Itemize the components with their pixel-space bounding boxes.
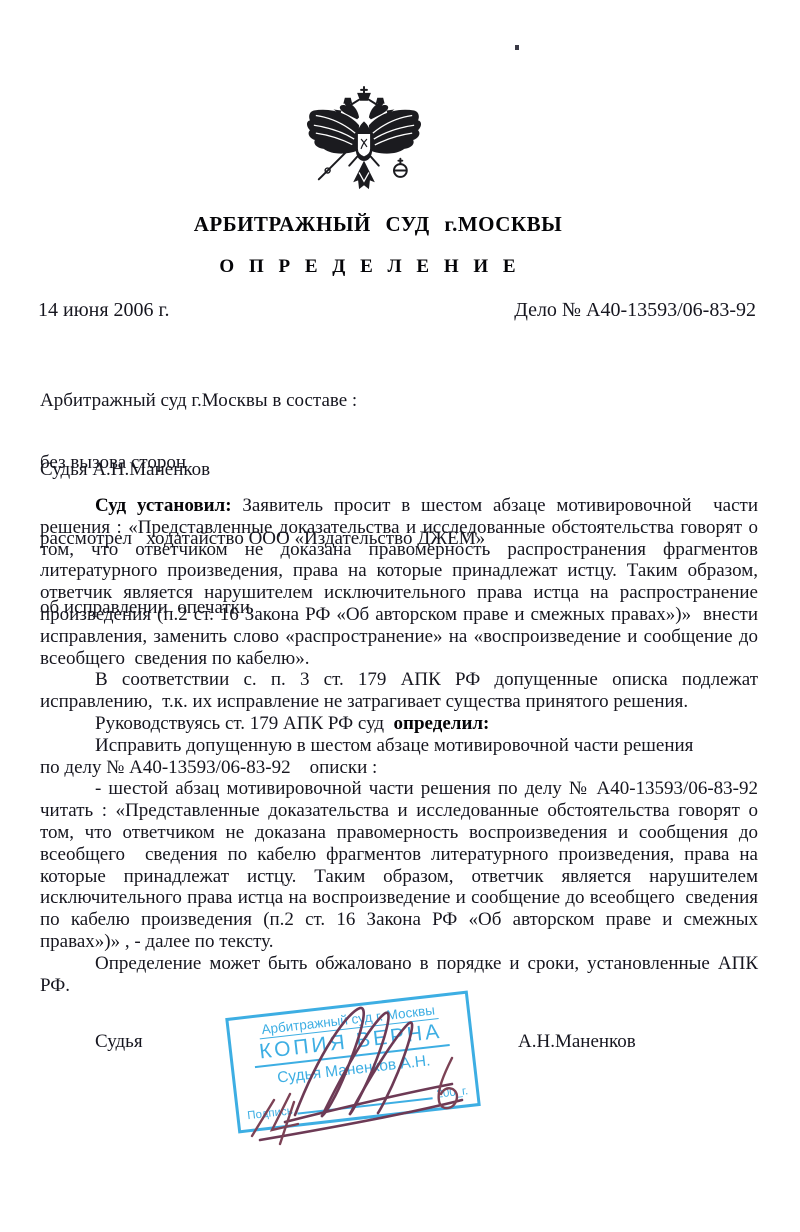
no-parties-line: без вызова сторон [40,452,186,474]
document-date: 14 июня 2006 г. [38,299,170,322]
paragraph-correction-line1: Исправить допущенную в шестом абзаце мот… [40,735,758,757]
paragraph-ruled: Руководствуясь ст. 179 АПК РФ суд опреде… [40,713,758,735]
document-type-title: О П Р Е Д Е Л Е Н И Е [0,256,740,278]
court-found-text: Заявитель просит в шестом абзаце мотивир… [40,495,763,669]
coat-of-arms-icon [301,84,427,200]
ruled-lead: определил: [394,713,490,734]
paragraph-apk-basis: В соответствии с. п. 3 ст. 179 АПК РФ до… [40,669,758,713]
scan-artifact-dot [515,45,519,50]
stamp-signature-label: Подпись [247,1105,294,1122]
paragraph-appeal-notice: Определение может быть обжаловано в поря… [40,953,758,997]
copy-verified-stamp: Арбитражный суд г. Москвы КОПИЯ ВЕРНА Су… [225,991,481,1134]
composition-line-court: Арбитражный суд г.Москвы в составе : [40,389,485,412]
paragraph-court-found: Суд установил: Заявитель просит в шестом… [40,495,758,669]
court-found-lead: Суд установил: [95,495,232,516]
judge-label: Судья [95,1031,143,1053]
ruling-body: Суд установил: Заявитель просит в шестом… [40,495,758,996]
judge-name: А.Н.Маненков [518,1031,636,1053]
stamp-signature-row: Подпись 200_г. [247,1085,469,1122]
court-name-title: АРБИТРАЖНЫЙ СУД г.МОСКВЫ [0,212,756,237]
paragraph-correction-line2: по делу № А40-13593/06-83-92 описки : [40,757,758,779]
scanned-court-ruling-page: АРБИТРАЖНЫЙ СУД г.МОСКВЫ О П Р Е Д Е Л Е… [0,0,800,1232]
date-case-row: 14 июня 2006 г. Дело № А40-13593/06-83-9… [38,299,756,322]
ruled-text: Руководствуясь ст. 179 АПК РФ суд [95,713,394,734]
case-number: Дело № А40-13593/06-83-92 [514,299,756,322]
stamp-year-blank: 200_г. [436,1085,469,1100]
stamp-signature-line [297,1096,433,1114]
paragraph-new-wording: - шестой абзац мотивировочной части реше… [40,778,758,952]
